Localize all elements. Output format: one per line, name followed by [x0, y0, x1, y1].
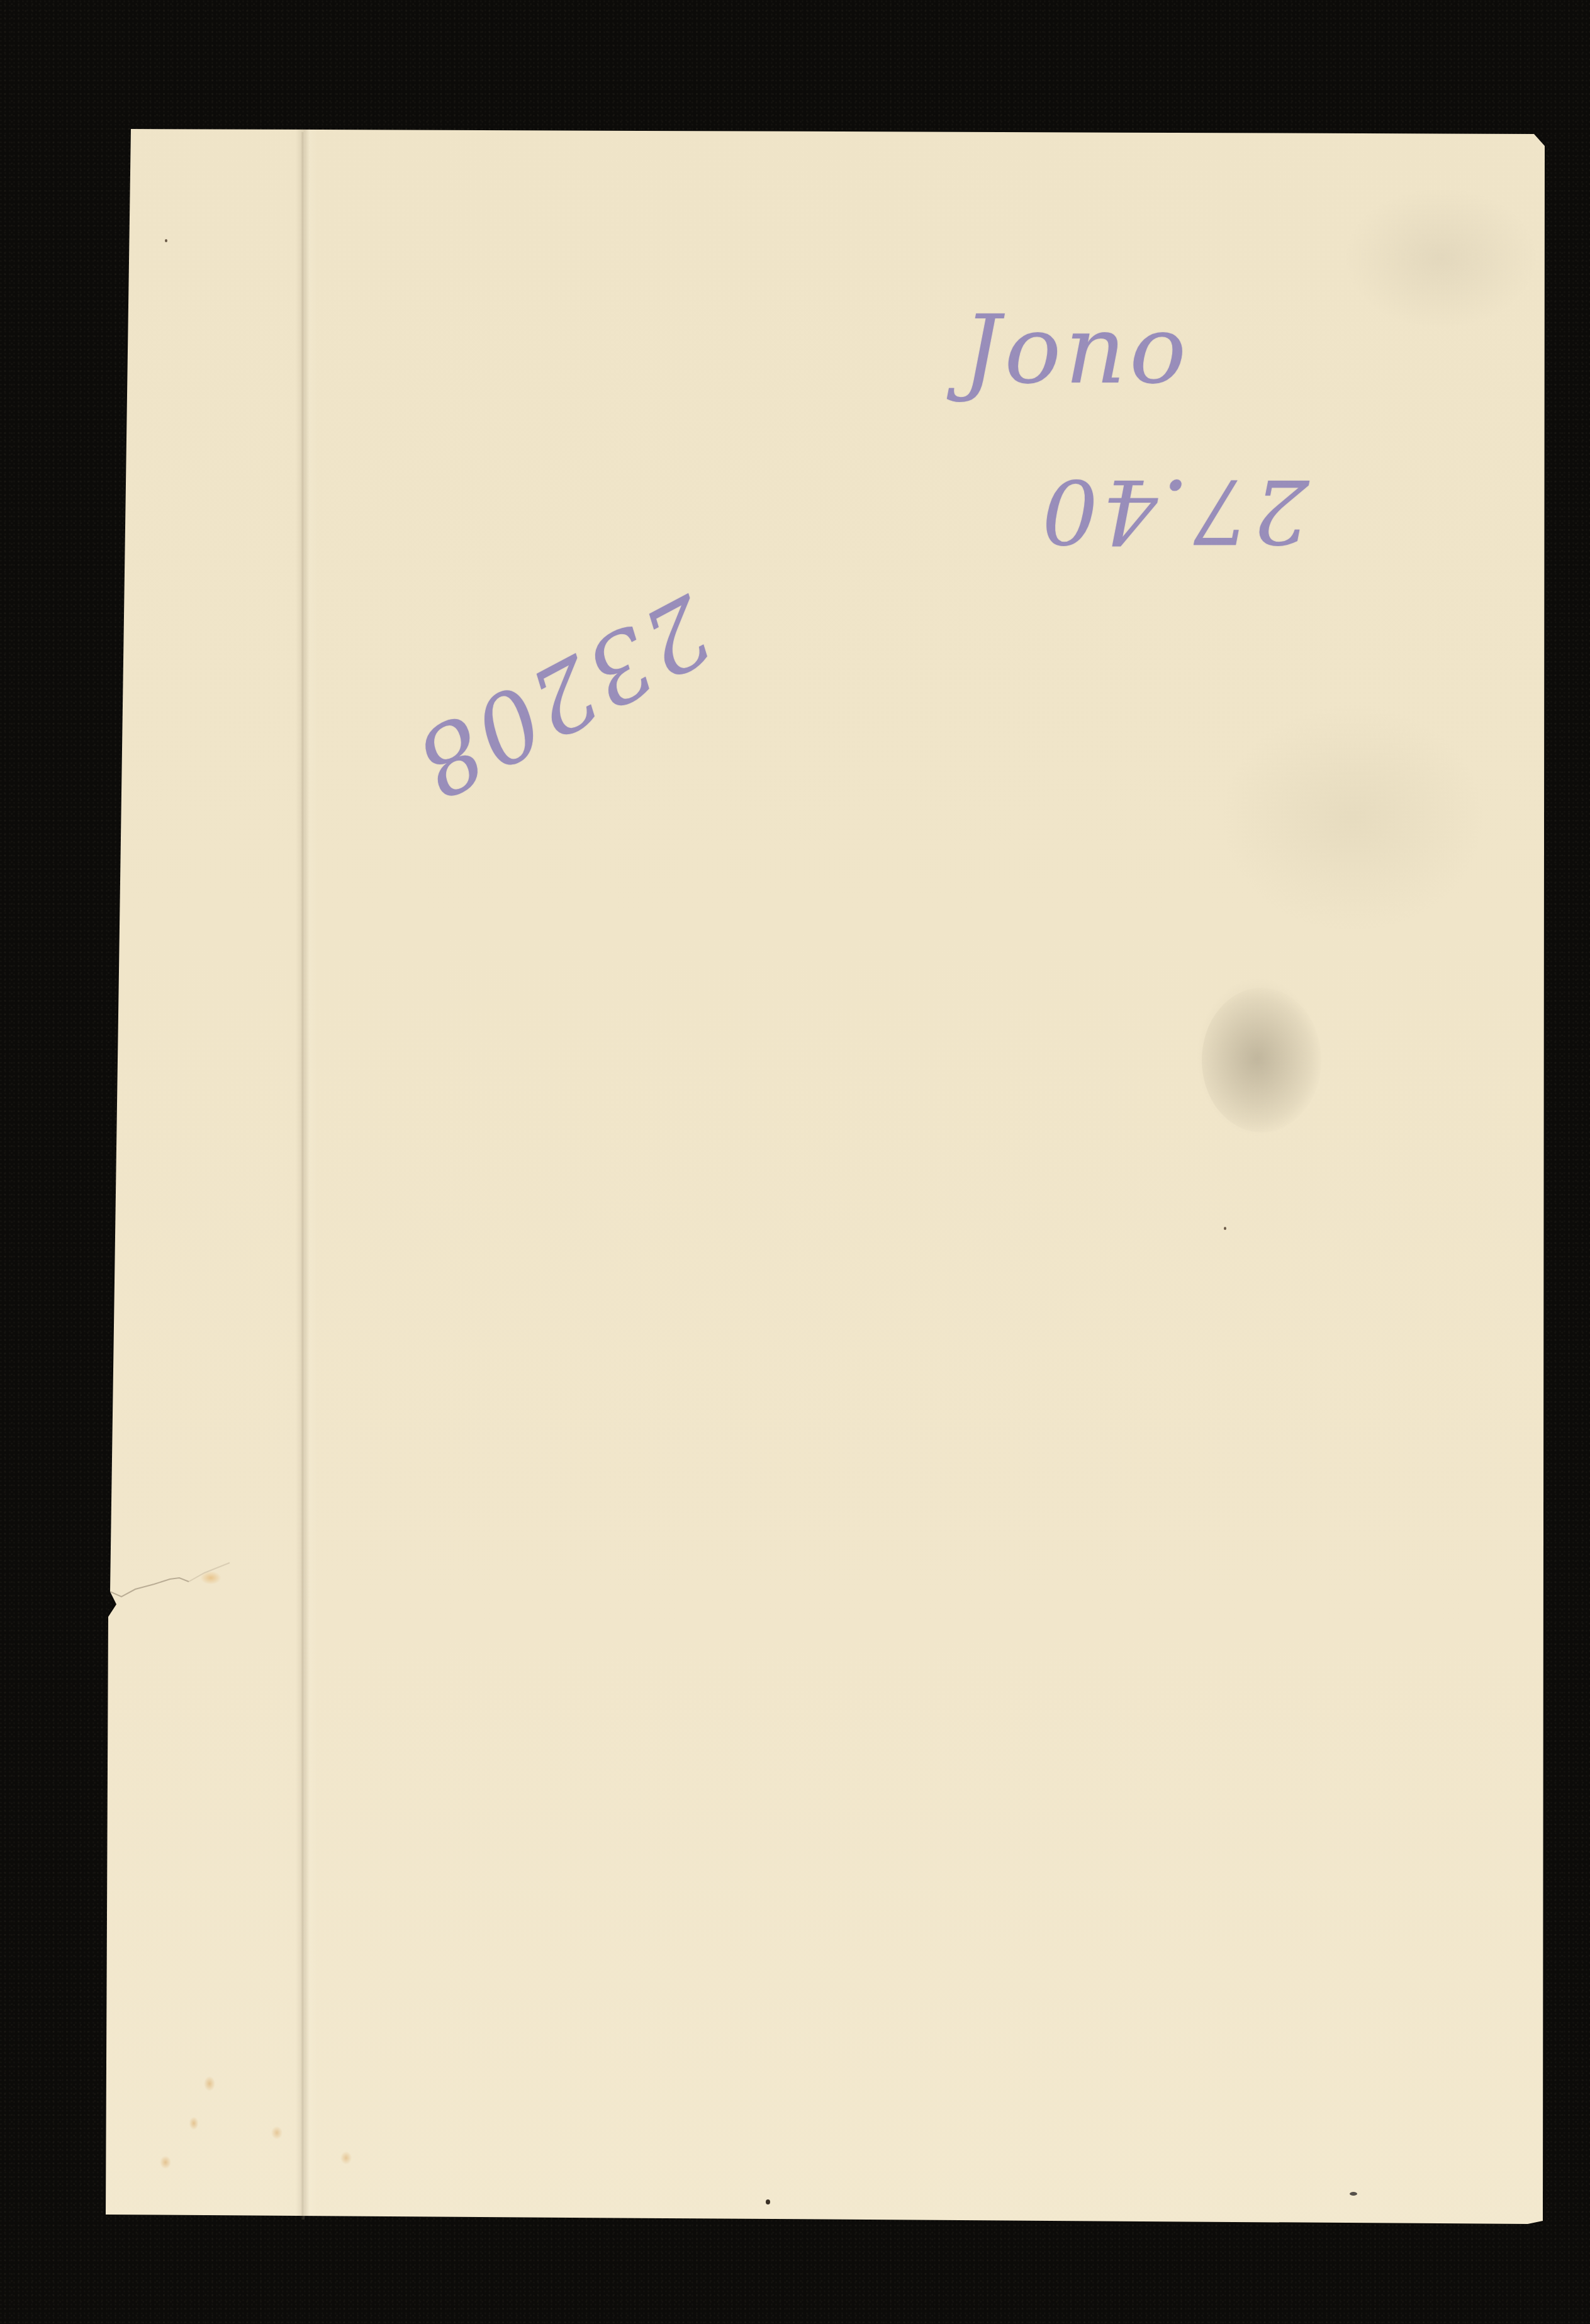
stain-smudge — [1202, 988, 1321, 1132]
handwritten-name-text: Jono — [963, 296, 1190, 405]
handwritten-price-text: 27.40 — [1038, 459, 1309, 562]
handwritten-name: Jono — [963, 296, 1190, 405]
card-back — [0, 0, 1590, 2324]
handwritten-price: 27.40 — [1038, 459, 1309, 562]
speck — [1224, 1227, 1226, 1230]
speck — [1350, 2192, 1357, 2196]
paper-tear — [110, 1560, 236, 1611]
speck — [165, 239, 167, 242]
fold-line — [301, 132, 305, 2220]
speck — [766, 2199, 770, 2204]
handwritten-inventory-number: 23208 — [403, 642, 722, 751]
